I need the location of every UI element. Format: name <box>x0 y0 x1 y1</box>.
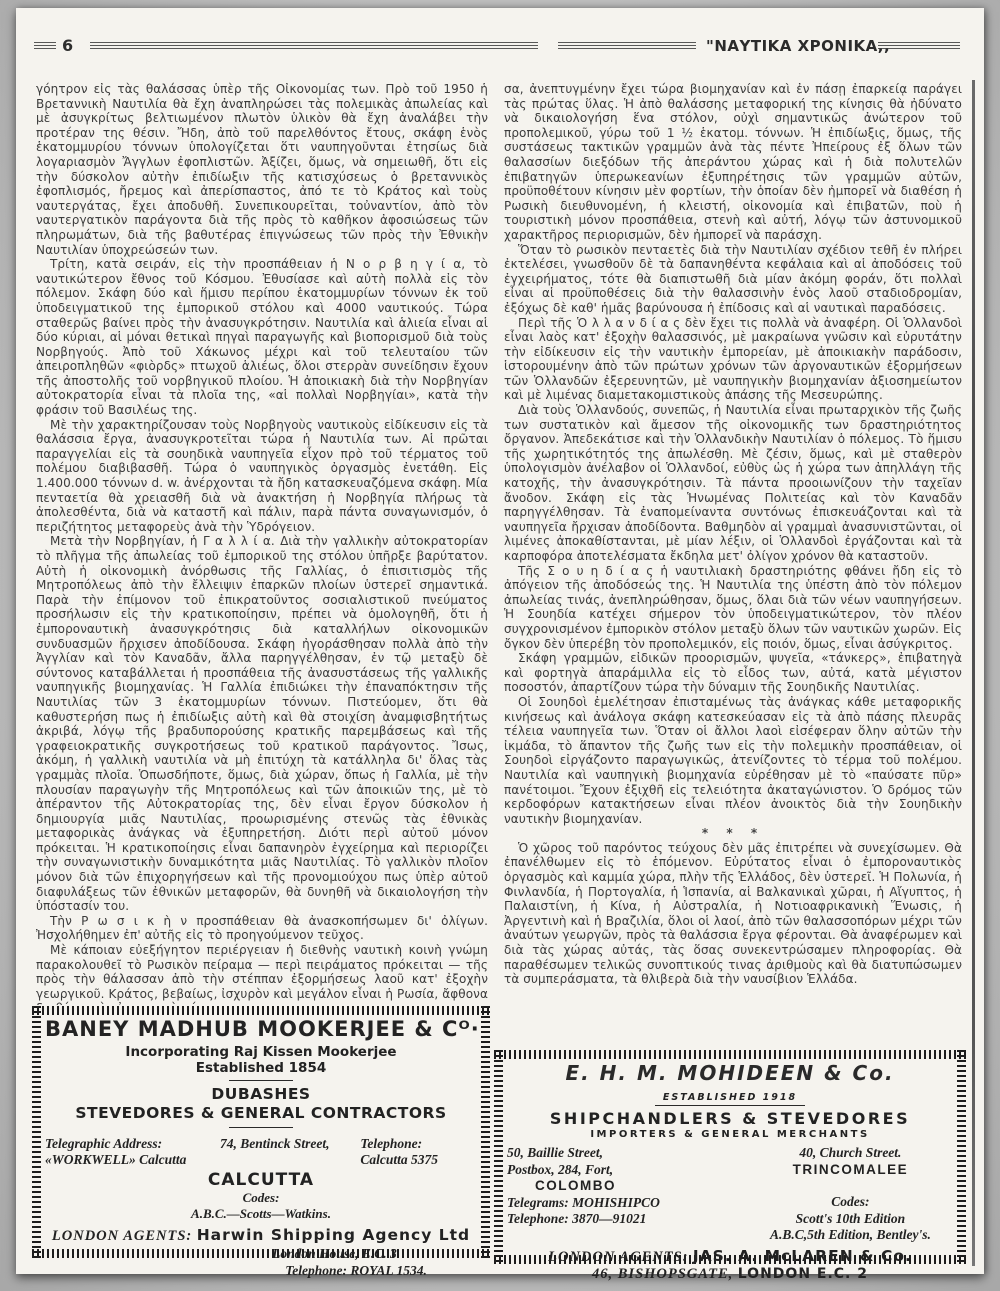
paragraph-5: Τὴν Ρ ω σ ι κ ὴ ν προσπάθειαν θὰ ἀνασκοπ… <box>36 914 488 943</box>
ad-company-name: E. H. M. MOHIDEEN & Co. <box>507 1061 953 1085</box>
ad-agents-address: London House, E.C. 3 <box>192 1245 477 1262</box>
paragraph-4: Διὰ τοὺς Ὁλλανδούς, συνεπῶς, ἡ Ναυτιλία … <box>504 403 962 564</box>
ad-colombo-postbox: Postbox, 284, Fort, <box>507 1162 739 1179</box>
ad-company-name: BANEY MADHUB MOOKERJEE & Cᴼ· <box>45 1017 477 1041</box>
ad-trincomalee-street: 40, Church Street. <box>748 1145 953 1162</box>
ad-london-agents-label: LONDON AGENTS: <box>548 1249 688 1265</box>
ad-border-right <box>957 1050 966 1264</box>
ad-trade-line-1: DUBASHES <box>45 1085 477 1104</box>
page-number: 6 <box>62 36 73 55</box>
ad-agents-street: 46, BISHOPSGATE, <box>592 1266 733 1282</box>
article-right-column: σα, ἀνεπτυγμένην ἔχει τώρα βιομηχανίαν κ… <box>504 82 962 1045</box>
scan-edge-shadow <box>972 80 975 1266</box>
ad-trade-line-1: SHIPCHANDLERS & STEVEDORES <box>507 1109 953 1128</box>
paragraph-7: Οἱ Σουηδοὶ ἐμελέτησαν ἐπισταμένως τὰς ἀν… <box>504 695 962 826</box>
ad-trade-line-2: STEVEDORES & GENERAL CONTRACTORS <box>45 1104 477 1123</box>
ad-london-agents-label: LONDON AGENTS: <box>52 1228 192 1244</box>
paragraph-6: Μὲ κάποιαν εὐεξήγητον περιέργειαν ἡ διεθ… <box>36 943 488 1005</box>
ad-city: CALCUTTA <box>45 1170 477 1190</box>
ad-city-colombo: COLOMBO <box>507 1178 739 1195</box>
ad-established-line: Established 1854 <box>45 1060 477 1076</box>
paragraph-9: Ὁ χῶρος τοῦ παρόντος τεύχους δὲν μᾶς ἐπι… <box>504 841 962 987</box>
ad-telephone-value: Calcutta 5375 <box>360 1152 477 1168</box>
ad-border-top <box>494 1050 966 1059</box>
ad-baney-madhub-mookerjee: BANEY MADHUB MOOKERJEE & Cᴼ· Incorporati… <box>32 1006 490 1258</box>
ad-agents-city: LONDON E.C. 2 <box>738 1266 868 1282</box>
ad-codes-value-1: Scott's 10th Edition <box>748 1211 953 1228</box>
paragraph-1: γόητρον εἰς τὰς θαλάσσας ὑπὲρ τῆς Οἰκονο… <box>36 82 488 257</box>
header-rule-2 <box>558 42 696 49</box>
ad-colombo-street: 50, Baillie Street, <box>507 1145 739 1162</box>
paragraph-2: Ὅταν τὸ ρωσικὸν πενταετὲς διὰ τὴν Ναυτιλ… <box>504 243 962 316</box>
article-left-column: γόητρον εἰς τὰς θαλάσσας ὑπὲρ τῆς Οἰκονο… <box>36 82 488 1005</box>
header-rule-1 <box>90 42 538 49</box>
header-rule-right-stub <box>878 42 960 49</box>
ad-telephone: Telephone: 3870—91021 <box>507 1211 739 1228</box>
header-rule-left-stub <box>34 42 56 49</box>
ad-codes-value-2: A.B.C,5th Edition, Bentley's. <box>748 1227 953 1244</box>
ad-border-top <box>32 1006 490 1015</box>
paragraph-1: σα, ἀνεπτυγμένην ἔχει τώρα βιομηχανίαν κ… <box>504 82 962 243</box>
masthead-title: "ΝΑΥΤΙΚΑ ΧΡΟΝΙΚΑ,, <box>706 37 890 55</box>
paragraph-6: Σκάφη γραμμῶν, εἰδικῶν προορισμῶν, ψυγεῖ… <box>504 651 962 695</box>
ad-incorporating-line: Incorporating Raj Kissen Mookerjee <box>45 1044 477 1060</box>
ad-codes-label: Codes: <box>748 1194 953 1211</box>
ad-telegraphic-value: «WORKWELL» Calcutta <box>45 1152 213 1168</box>
paragraph-4: Μετὰ τὴν Νορβηγίαν, ἡ Γ α λ λ ί α. Διὰ τ… <box>36 534 488 913</box>
ad-trade-line-2: IMPORTERS & GENERAL MERCHANTS <box>507 1129 953 1140</box>
ad-border-left <box>494 1050 503 1264</box>
paragraph-3: Μὲ τὴν χαρακτηρίζουσαν τοὺς Νορβηγοὺς να… <box>36 418 488 535</box>
ad-telegrams: Telegrams: MOHISHIPCO <box>507 1195 739 1212</box>
ad-divider-rule <box>229 1080 293 1081</box>
ad-divider-rule-2 <box>229 1127 293 1128</box>
ad-established-line: ESTABLISHED 1918 <box>655 1091 805 1106</box>
ad-london-agents-name: JAS. A. McLAREN & Co. <box>693 1247 912 1265</box>
ad-border-left <box>32 1006 41 1258</box>
ad-street-address: 74, Bentinck Street, <box>220 1136 354 1168</box>
ad-codes-label: Codes: <box>45 1190 477 1206</box>
ad-city-trincomalee: TRINCOMALEE <box>748 1162 953 1179</box>
paragraph-3: Περὶ τῆς Ὁ λ λ α ν δ ί α ς δὲν ἔχει τις … <box>504 316 962 404</box>
ad-telegraphic-label: Telegraphic Address: <box>45 1136 213 1152</box>
ad-codes-value: A.B.C.—Scotts—Watkins. <box>45 1206 477 1222</box>
ad-telephone-label: Telephone: <box>360 1136 477 1152</box>
magazine-page: 6 "ΝΑΥΤΙΚΑ ΧΡΟΝΙΚΑ,, γόητρον εἰς τὰς θαλ… <box>16 8 984 1274</box>
paragraph-2: Τρίτη, κατὰ σειράν, εἰς τὴν προσπάθειαν … <box>36 257 488 418</box>
ad-ehm-mohideen: E. H. M. MOHIDEEN & Co. ESTABLISHED 1918… <box>494 1050 966 1264</box>
ad-agents-phone: Telephone: ROYAL 1534. <box>235 1262 477 1279</box>
section-divider: * * * <box>504 826 962 841</box>
ad-border-right <box>481 1006 490 1258</box>
paragraph-5: Τῆς Σ ο υ η δ ί α ς ἡ ναυτιλιακὴ δραστηρ… <box>504 564 962 652</box>
ad-london-agents-name: Harwin Shipping Agency Ltd <box>197 1226 470 1244</box>
